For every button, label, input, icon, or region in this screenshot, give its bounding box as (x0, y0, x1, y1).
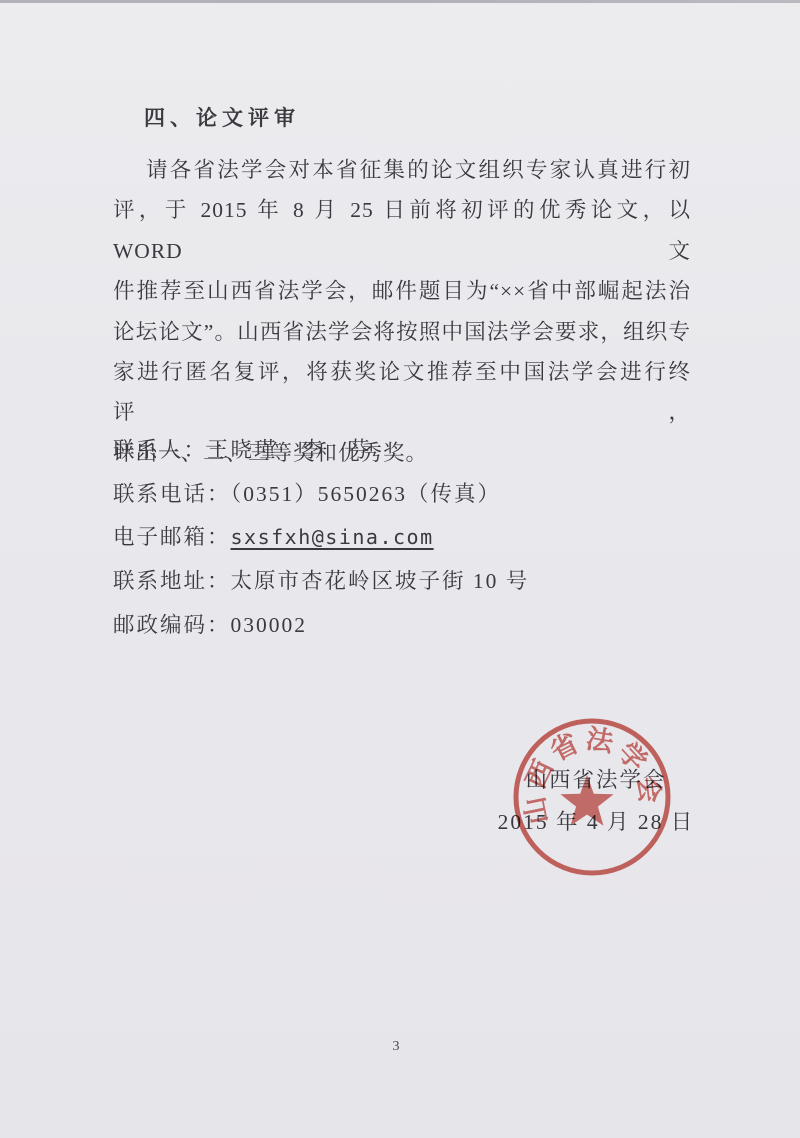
contact-address-row: 联系地址：太原市杏花岭区坡子街 10 号 (113, 560, 529, 604)
scan-edge (0, 0, 800, 3)
contact-person-label: 联系人： (113, 438, 207, 462)
section-heading: 四、论文评审 (144, 102, 300, 132)
contact-person-row: 联系人：王晓瑾 李 芬 (113, 429, 529, 473)
contact-address-value: 太原市杏花岭区坡子街 10 号 (231, 569, 530, 593)
contact-phone-row: 联系电话：（0351）5650263（传真） (113, 473, 529, 517)
official-seal: 山西省法学会 (492, 697, 692, 897)
scanned-document-page: 四、论文评审 请各省法学会对本省征集的论文组织专家认真进行初 评，于 2015 … (0, 0, 800, 1138)
paragraph-line: 请各省法学会对本省征集的论文组织专家认真进行初 (113, 150, 691, 190)
contact-address-label: 联系地址： (113, 569, 231, 593)
contact-email-label: 电子邮箱： (113, 525, 231, 549)
contact-email-value: sxsfxh@sina.com (231, 525, 434, 549)
contact-postcode-label: 邮政编码： (113, 613, 231, 637)
contact-postcode-row: 邮政编码：030002 (113, 604, 529, 648)
contact-postcode-value: 030002 (231, 613, 308, 637)
contact-person-value: 王晓瑾 李 芬 (207, 438, 372, 462)
page-number: 3 (0, 1039, 792, 1055)
contact-block: 联系人：王晓瑾 李 芬 联系电话：（0351）5650263（传真） 电子邮箱：… (113, 429, 529, 648)
contact-phone-value: （0351）5650263（传真） (231, 482, 502, 506)
paragraph-line: 评，于 2015 年 8 月 25 日前将初评的优秀论文，以 WORD 文 (113, 190, 691, 271)
star-icon (560, 775, 613, 826)
body-paragraph: 请各省法学会对本省征集的论文组织专家认真进行初 评，于 2015 年 8 月 2… (113, 150, 691, 473)
paragraph-line: 家进行匿名复评，将获奖论文推荐至中国法学会进行终评， (113, 352, 691, 433)
contact-phone-label: 联系电话： (113, 482, 231, 506)
contact-email-row: 电子邮箱：sxsfxh@sina.com (113, 516, 529, 560)
paragraph-line: 件推荐至山西省法学会，邮件题目为“××省中部崛起法治 (113, 271, 691, 311)
seal-graphic: 山西省法学会 (492, 697, 692, 897)
paragraph-line: 论坛论文”。山西省法学会将按照中国法学会要求，组织专 (113, 312, 691, 352)
